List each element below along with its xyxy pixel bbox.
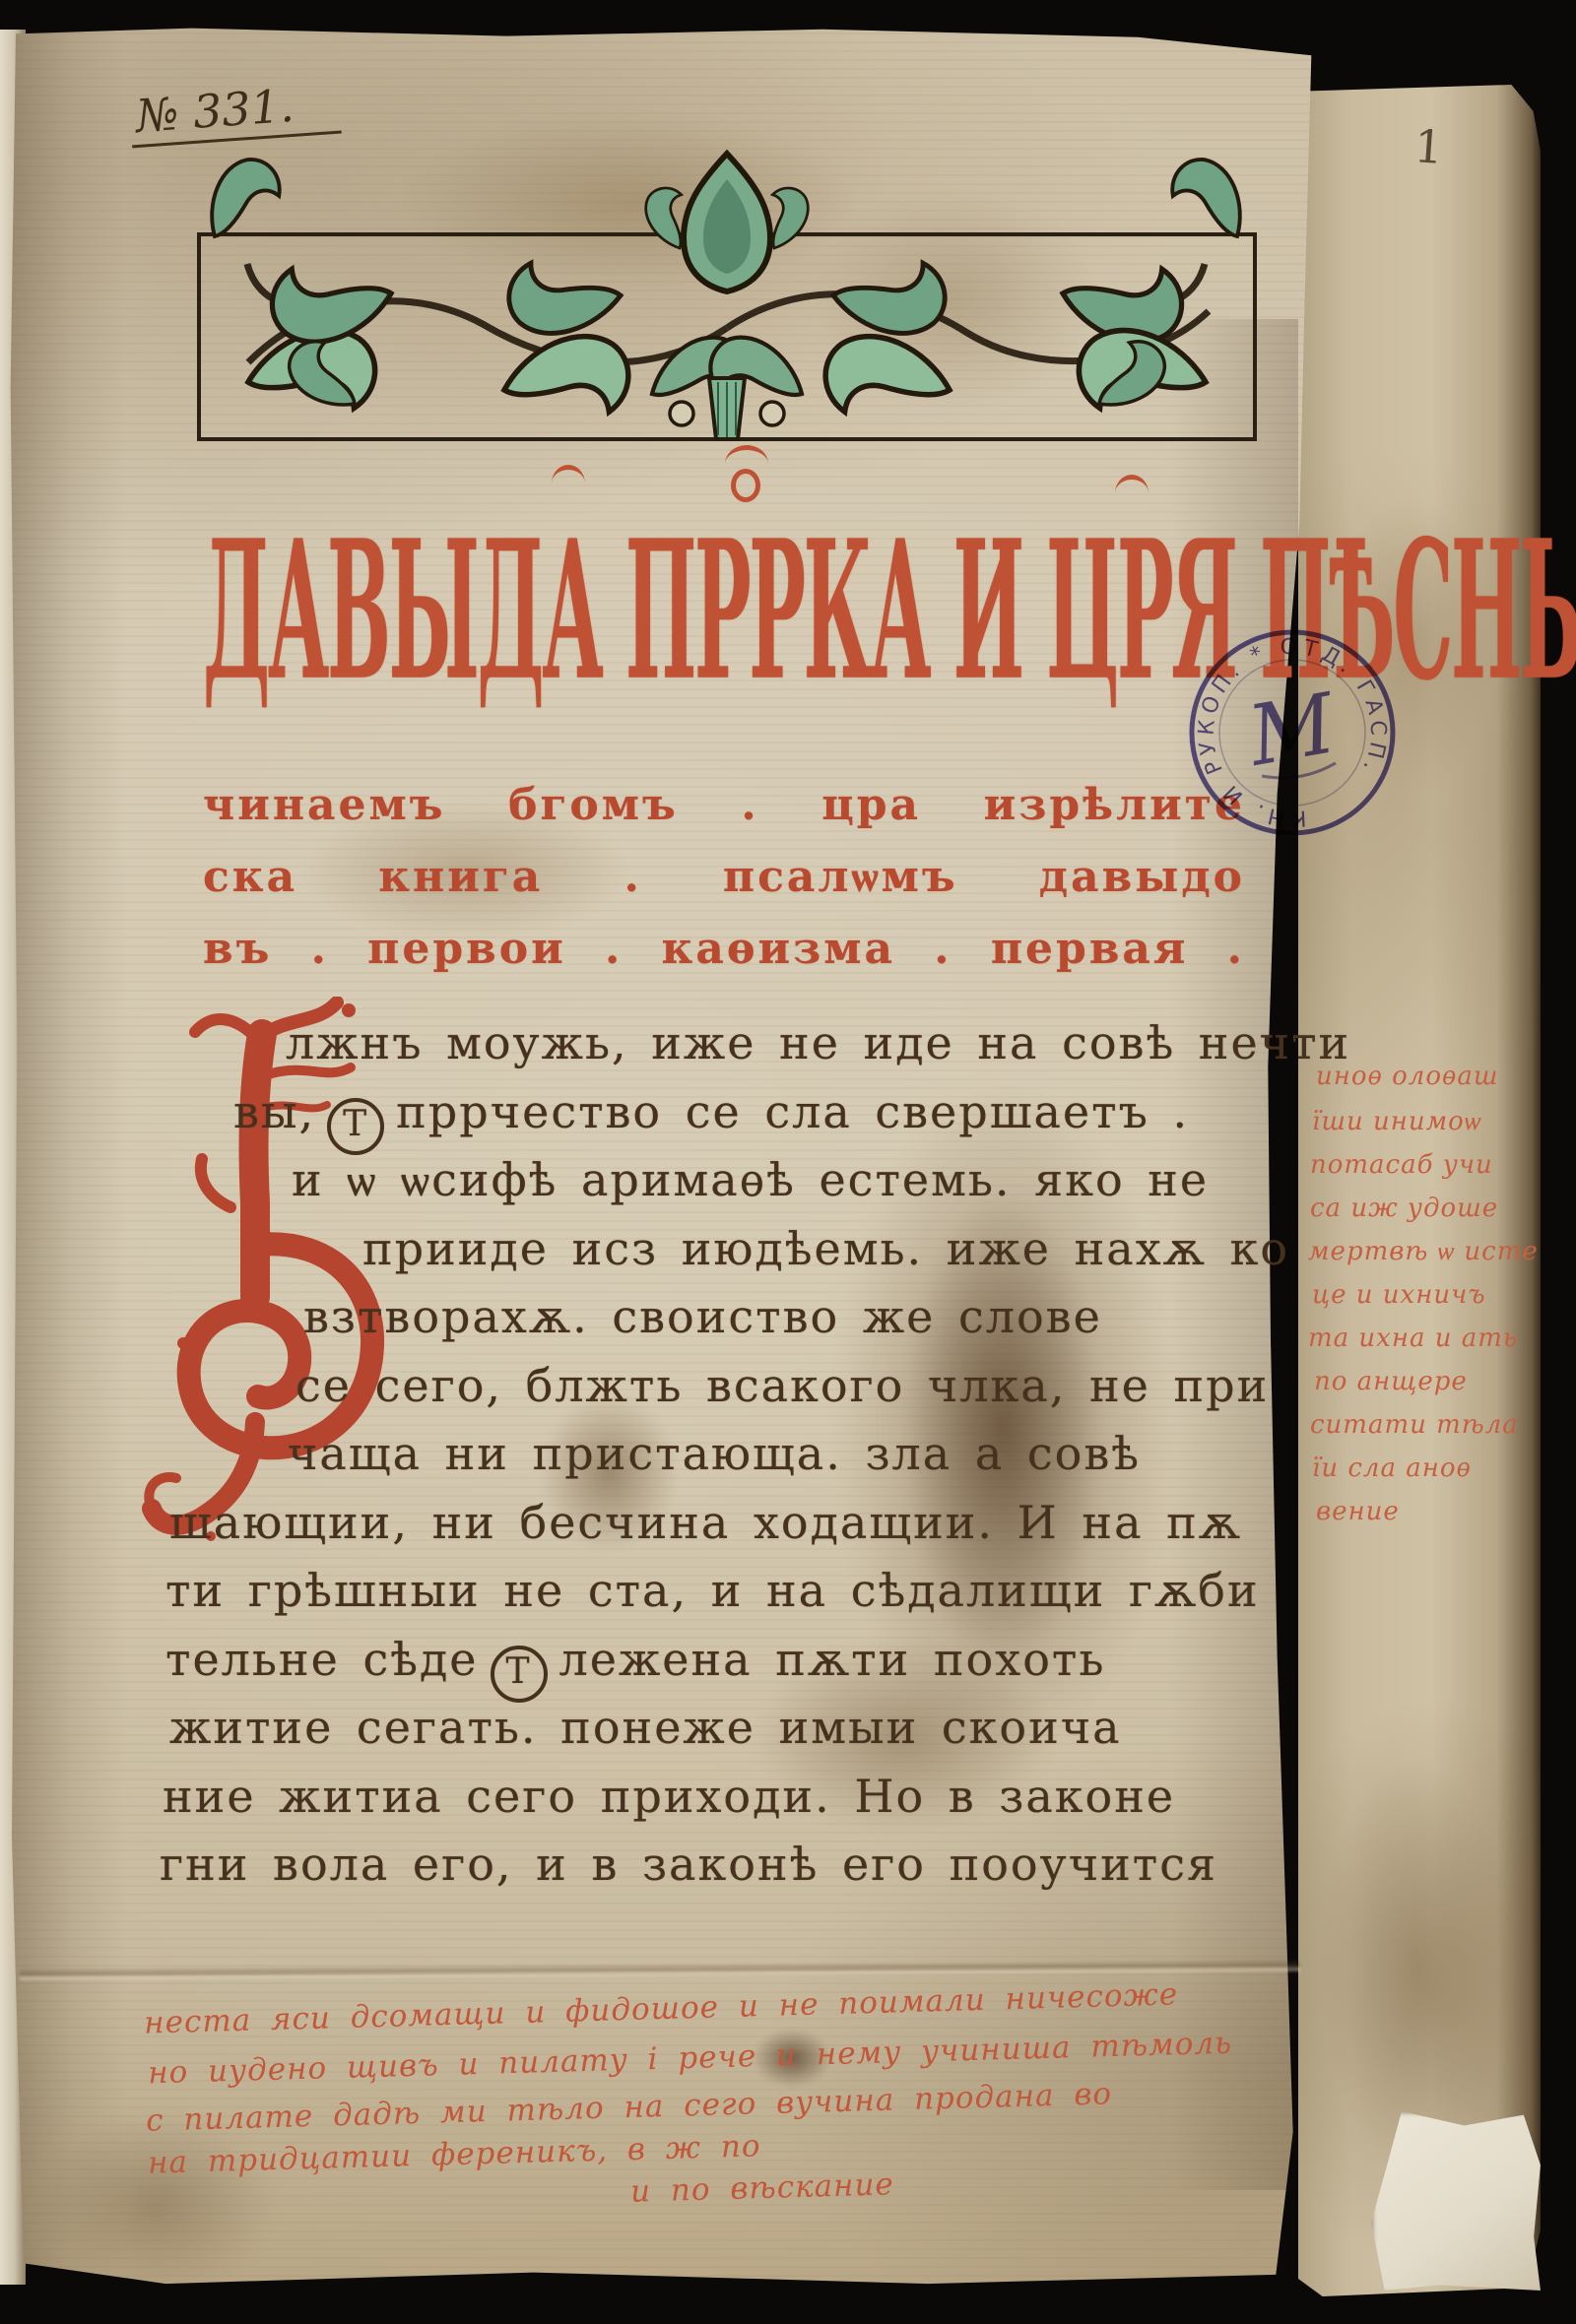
fore-edge-strip xyxy=(1298,85,1541,2296)
text-line: житие сегать. понеже имыи скоича xyxy=(169,1701,1122,1754)
margin-note-line: потасаб учи xyxy=(1310,1150,1493,1180)
gloss-mark: Т xyxy=(327,1098,384,1155)
bottom-note-line: и по вѣскание xyxy=(630,2166,895,2209)
library-stamp: КН. И РУКОП. * ОТД. ГАСП. М xyxy=(1150,591,1433,873)
line-text: лежена пѫти похоть xyxy=(559,1633,1106,1686)
text-line: чаща ни пристающа. зла а совѣ xyxy=(288,1427,1141,1480)
line-text: прииде исз июдѣемь. иже нахѫ ко xyxy=(362,1222,1289,1275)
margin-note-line: по анщере xyxy=(1314,1367,1468,1396)
line-text: взтворахѫ. своиство же слове xyxy=(303,1290,1102,1343)
line-text: и ѡ ѡсифѣ аримаѳѣ естемь. яко не xyxy=(292,1153,1209,1206)
margin-note-line: мертвѣ ѡ исте xyxy=(1308,1237,1539,1266)
text-line: вы,Тпррчество се сла свершаетъ . xyxy=(233,1085,1189,1155)
stain xyxy=(1318,1759,1515,2172)
text-line: тельне сѣдеТлежена пѫти похоть xyxy=(165,1633,1105,1703)
text-line: ние житиа сего приходи. Но в законе xyxy=(163,1770,1175,1823)
margin-note-line: са иж удоше xyxy=(1310,1194,1498,1223)
line-text: пррчество се сла свершаетъ . xyxy=(396,1085,1189,1138)
line-text: житие сегать. понеже имыи скоича xyxy=(169,1701,1122,1754)
manuscript-photo: № 331. 1 xyxy=(0,0,1576,2324)
text-line: взтворахѫ. своиство же слове xyxy=(303,1290,1102,1343)
foliate-headpiece xyxy=(189,146,1265,475)
line-text: вы, xyxy=(233,1085,315,1138)
line-text: лжнъ моужь, иже не иде на совѣ нечти xyxy=(286,1016,1350,1069)
gloss-mark: Т xyxy=(491,1646,548,1703)
text-line: лжнъ моужь, иже не иде на совѣ нечти xyxy=(286,1016,1350,1069)
text-line: и ѡ ѡсифѣ аримаѳѣ естемь. яко не xyxy=(292,1153,1209,1206)
line-text: се сего, блжть всакого члка, не при xyxy=(295,1359,1269,1412)
central-bud-finial xyxy=(637,154,818,291)
rubric-line: ска книга . псалѡмъ давыдо xyxy=(203,852,1245,902)
text-line: ти грѣшныи не ста, и на сѣдалищи гѫби xyxy=(165,1564,1260,1617)
omega-mark xyxy=(731,469,760,502)
vyaz-title: ДАВЫДА ПРРКА И ЦРЯ ПѢСНЬ xyxy=(203,498,1057,723)
text-line: се сего, блжть всакого члка, не при xyxy=(295,1359,1269,1412)
margin-note-line: иноѳ олоѳаш xyxy=(1316,1062,1499,1091)
line-text: ти грѣшныи не ста, и на сѣдалищи гѫби xyxy=(165,1564,1260,1617)
line-text: гни вола его, и в законѣ его пооучится xyxy=(160,1838,1217,1891)
text-line: прииде исз июдѣемь. иже нахѫ ко xyxy=(362,1222,1289,1275)
margin-note-line: їши инимоѡ xyxy=(1312,1107,1481,1136)
margin-note-line: їи сла аноѳ xyxy=(1312,1453,1472,1483)
line-text: ние житиа сего приходи. Но в законе xyxy=(163,1770,1175,1823)
line-text: тельне сѣде xyxy=(165,1633,479,1686)
text-line: гни вола его, и в законѣ его пооучится xyxy=(160,1838,1217,1891)
text-line: шающии, ни бесчина ходащии. И на пѫ xyxy=(169,1496,1242,1549)
line-text: шающии, ни бесчина ходащии. И на пѫ xyxy=(169,1496,1242,1549)
margin-note-line: ситати тѣла xyxy=(1310,1410,1519,1440)
margin-note-line: та ихна и ать xyxy=(1308,1323,1518,1353)
margin-note-line: це и ихничъ xyxy=(1312,1280,1486,1310)
folio-number: 1 xyxy=(1412,119,1445,174)
line-text: чаща ни пристающа. зла а совѣ xyxy=(288,1427,1141,1480)
margin-note-line: вение xyxy=(1316,1497,1400,1526)
rubric-line: чинаемъ бгомъ . цра изрѣлите xyxy=(203,780,1245,830)
rubric-line: въ . первои . каѳизма . первая . xyxy=(203,924,1245,974)
stain xyxy=(37,2111,274,2298)
torn-paper-patch xyxy=(1371,2111,1541,2291)
